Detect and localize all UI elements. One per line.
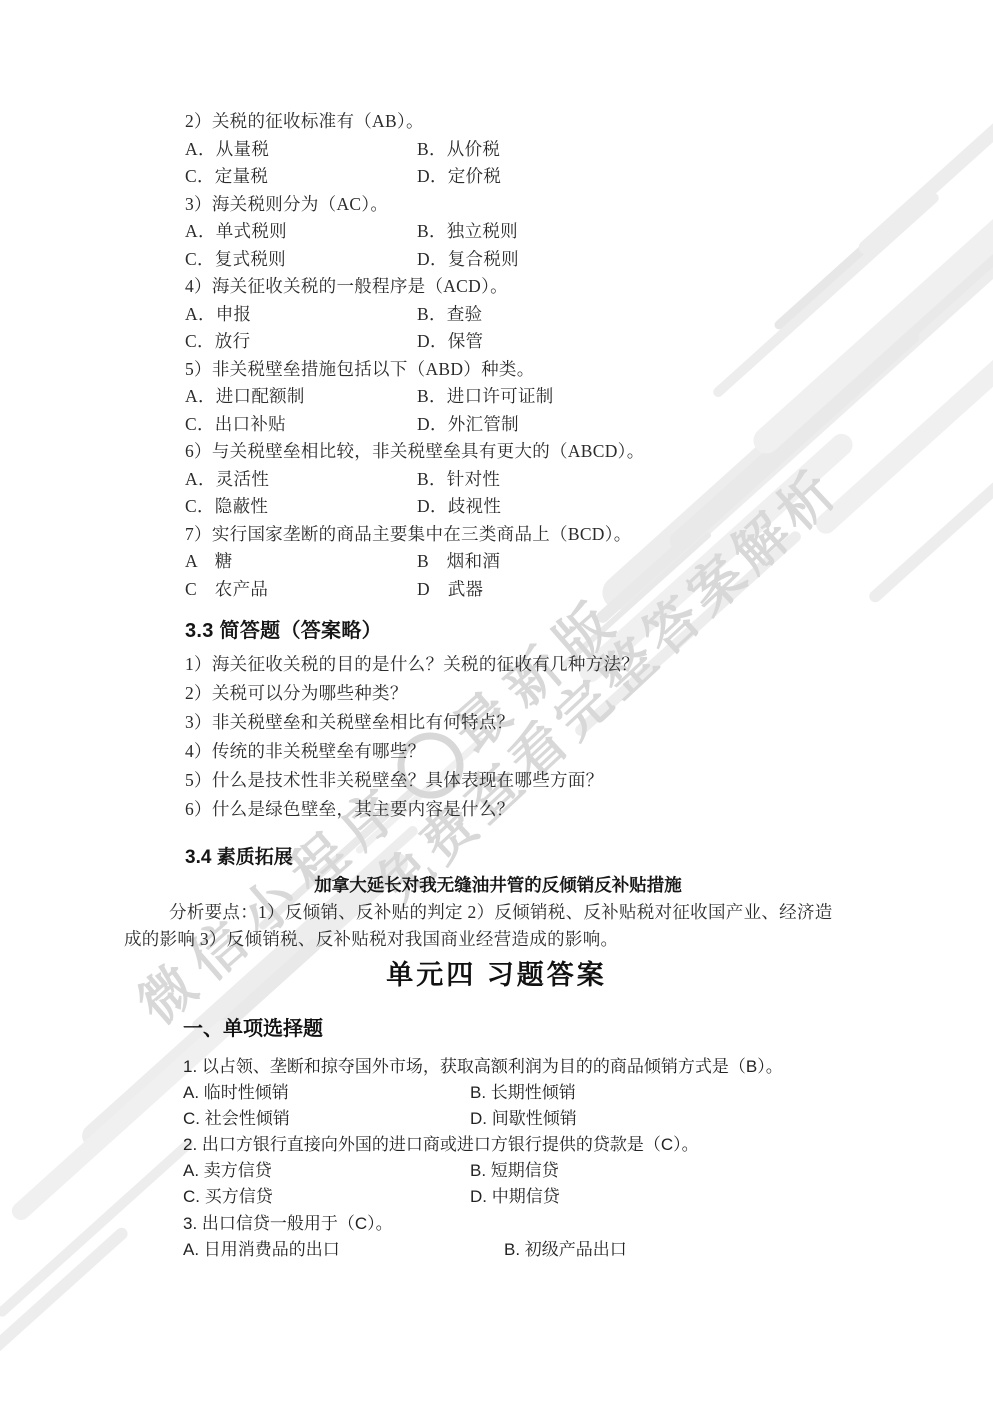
option-row: C. 买方信贷D. 中期信贷 <box>183 1184 873 1210</box>
option-c: C．放行 <box>185 328 417 356</box>
question-stem: 2. 出口方银行直接向外国的进口商或进口方银行提供的贷款是（C）。 <box>183 1132 873 1158</box>
short-answer-item: 3）非关税壁垒和关税壁垒相比有何特点？ <box>185 708 875 737</box>
option-row: A. 日用消费品的出口B. 初级产品出口 <box>183 1237 873 1263</box>
document-content: 2）关税的征收标准有（AB）。 A．从量税B．从价税 C．定量税D．定价税 3）… <box>0 0 993 1404</box>
question-stem: 7）实行国家垄断的商品主要集中在三类商品上（BCD）。 <box>185 521 865 549</box>
unit4-title: 单元四 习题答案 <box>0 958 993 992</box>
option-row: A．从量税B．从价税 <box>185 136 865 164</box>
option-b: B．从价税 <box>417 139 500 159</box>
section-3-3-heading: 3.3 简答题（答案略） <box>185 616 875 646</box>
option-row: C. 社会性倾销D. 间歇性倾销 <box>183 1106 873 1132</box>
section-3-3: 3.3 简答题（答案略） 1）海关征收关税的目的是什么？关税的征收有几种方法？ … <box>185 616 875 824</box>
option-b: B．查验 <box>417 304 482 324</box>
unit4-section-heading: 一、单项选择题 <box>183 1016 873 1042</box>
option-a: A．灵活性 <box>185 466 417 494</box>
question-stem: 3）海关税则分为（AC）。 <box>185 191 865 219</box>
option-row: C．定量税D．定价税 <box>185 163 865 191</box>
option-d: D．复合税则 <box>417 249 519 269</box>
option-c: C. 买方信贷 <box>183 1184 470 1210</box>
option-row: A．灵活性B．针对性 <box>185 466 865 494</box>
case-study-title: 加拿大延长对我无缝油井管的反倾销反补贴措施 <box>124 871 872 899</box>
option-c: C．出口补贴 <box>185 411 417 439</box>
option-row: C．复式税则D．复合税则 <box>185 246 865 274</box>
short-answer-item: 6）什么是绿色壁垒，其主要内容是什么？ <box>185 795 875 824</box>
section-3-4-heading: 3.4 素质拓展 <box>185 845 872 871</box>
option-a: A. 卖方信贷 <box>183 1158 470 1184</box>
unit3-multiple-choice-section: 2）关税的征收标准有（AB）。 A．从量税B．从价税 C．定量税D．定价税 3）… <box>185 108 865 603</box>
option-a: A．进口配额制 <box>185 383 417 411</box>
option-b: B．独立税则 <box>417 221 518 241</box>
option-row: A．进口配额制B．进口许可证制 <box>185 383 865 411</box>
option-d: D. 中期信贷 <box>470 1187 560 1206</box>
option-b: B 烟和酒 <box>417 551 500 571</box>
short-answer-item: 1）海关征收关税的目的是什么？关税的征收有几种方法？ <box>185 650 875 679</box>
option-c: C. 社会性倾销 <box>183 1106 470 1132</box>
document-page: 微信小程序最新版 免费查看完整答案解析 2）关税的征收标准有（AB）。 A．从量… <box>0 0 993 1404</box>
analysis-paragraph-line1: 分析要点：1）反倾销、反补贴的判定 2）反倾销税、反补贴税对征收国产业、经济造 <box>124 899 872 926</box>
option-b: B．针对性 <box>417 469 500 489</box>
option-c: C．定量税 <box>185 163 417 191</box>
option-row: A．单式税则B．独立税则 <box>185 218 865 246</box>
option-a: A．申报 <box>185 301 417 329</box>
question-stem: 5）非关税壁垒措施包括以下（ABD）种类。 <box>185 356 865 384</box>
short-answer-item: 5）什么是技术性非关税壁垒？具体表现在哪些方面？ <box>185 766 875 795</box>
option-a: A．从量税 <box>185 136 417 164</box>
option-a: A．单式税则 <box>185 218 417 246</box>
question-stem: 4）海关征收关税的一般程序是（ACD）。 <box>185 273 865 301</box>
option-row: C 农产品D 武器 <box>185 576 865 604</box>
option-c: C．隐蔽性 <box>185 493 417 521</box>
option-d: D．保管 <box>417 331 483 351</box>
option-a: A. 临时性倾销 <box>183 1080 470 1106</box>
option-row: A. 临时性倾销B. 长期性倾销 <box>183 1080 873 1106</box>
question-stem: 1. 以占领、垄断和掠夺国外市场，获取高额利润为目的的商品倾销方式是（B）。 <box>183 1054 873 1080</box>
option-d: D. 间歇性倾销 <box>470 1109 577 1128</box>
option-b: B. 长期性倾销 <box>470 1083 576 1102</box>
option-d: D．歧视性 <box>417 496 501 516</box>
question-stem: 6）与关税壁垒相比较，非关税壁垒具有更大的（ABCD）。 <box>185 438 865 466</box>
unit4-multiple-choice-section: 一、单项选择题 1. 以占领、垄断和掠夺国外市场，获取高额利润为目的的商品倾销方… <box>183 1016 873 1263</box>
short-answer-item: 2）关税可以分为哪些种类？ <box>185 679 875 708</box>
option-a: A 糖 <box>185 548 417 576</box>
short-answer-item: 4）传统的非关税壁垒有哪些？ <box>185 737 875 766</box>
option-c: C 农产品 <box>185 576 417 604</box>
option-b: B. 短期信贷 <box>470 1161 559 1180</box>
option-row: C．放行D．保管 <box>185 328 865 356</box>
option-row: A 糖B 烟和酒 <box>185 548 865 576</box>
option-row: A．申报B．查验 <box>185 301 865 329</box>
option-c: C．复式税则 <box>185 246 417 274</box>
option-row: A. 卖方信贷B. 短期信贷 <box>183 1158 873 1184</box>
option-b: B. 初级产品出口 <box>504 1240 627 1259</box>
analysis-paragraph-line2: 成的影响 3）反倾销税、反补贴税对我国商业经营造成的影响。 <box>124 926 872 953</box>
option-a: A. 日用消费品的出口 <box>183 1237 504 1263</box>
question-stem: 2）关税的征收标准有（AB）。 <box>185 108 865 136</box>
option-row: C．隐蔽性D．歧视性 <box>185 493 865 521</box>
option-b: B．进口许可证制 <box>417 386 554 406</box>
section-3-4: 3.4 素质拓展 加拿大延长对我无缝油井管的反倾销反补贴措施 分析要点：1）反倾… <box>124 845 872 953</box>
question-stem: 3. 出口信贷一般用于（C）。 <box>183 1211 873 1237</box>
option-d: D 武器 <box>417 579 483 599</box>
option-d: D．定价税 <box>417 166 501 186</box>
option-row: C．出口补贴D．外汇管制 <box>185 411 865 439</box>
option-d: D．外汇管制 <box>417 414 519 434</box>
